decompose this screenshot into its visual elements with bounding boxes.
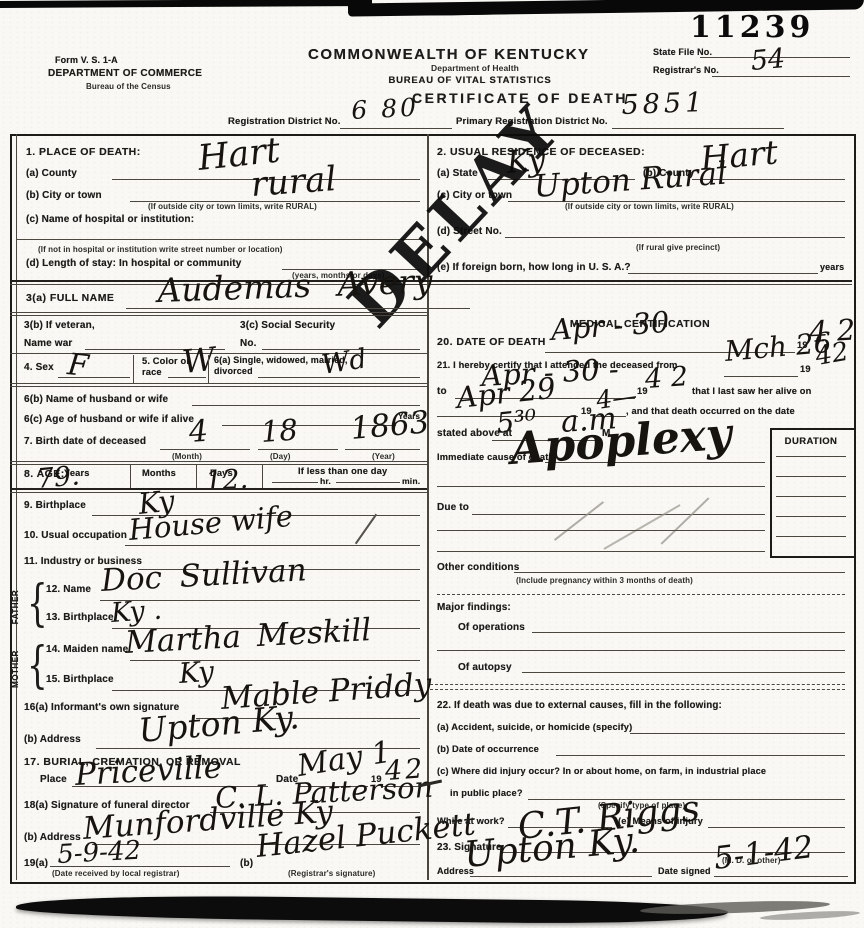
bureau-of-census: Bureau of the Census <box>86 82 171 92</box>
mother-birthplace-label: 15. Birthplace <box>46 674 114 687</box>
registration-district-label: Registration District No. <box>228 116 341 128</box>
sex-label: 4. Sex <box>24 362 54 375</box>
registrar-sig-b-label: (b) <box>240 858 253 871</box>
date-received-value: 5-9-42 <box>57 838 142 868</box>
external-causes-title: 22. If death was due to external causes,… <box>437 700 722 712</box>
other-conditions-note: (Include pregnancy within 3 months of de… <box>516 576 693 586</box>
to-year-value: 4 2 <box>644 363 689 393</box>
certify-text-2: that I last saw her alive on <box>692 386 811 398</box>
birth-month-value: 4 <box>188 417 209 448</box>
sex-value: F <box>66 350 90 382</box>
mother-brace: { <box>27 640 48 690</box>
primary-district-underline <box>612 128 784 129</box>
occupation-underline <box>125 545 420 546</box>
res-foreign-years: years <box>820 262 844 273</box>
duration-line-1 <box>776 456 846 457</box>
res-street-note: (If rural give precinct) <box>636 243 720 253</box>
date-signed-label: Date signed <box>658 866 711 877</box>
res-street-underline <box>505 237 845 238</box>
birth-month-underline <box>160 449 250 450</box>
birthdate-label: 7. Birth date of deceased <box>24 436 146 449</box>
father-name-label: 12. Name <box>46 584 91 597</box>
age-less-label: If less than one day <box>298 466 387 478</box>
while-at-work-label: While at work? <box>437 816 505 828</box>
form-inner-left-rule <box>16 134 17 880</box>
duration-line-4 <box>776 516 846 517</box>
due-to-line-2 <box>437 530 765 531</box>
department-of-commerce: DEPARTMENT OF COMMERCE <box>48 68 202 81</box>
age-hr-underline <box>272 482 318 483</box>
primary-district-value: 5851 <box>621 89 707 119</box>
registrar-signature-note: (Registrar's signature) <box>288 869 375 879</box>
pod-city-label: (b) City or town <box>26 190 102 203</box>
place-of-death-title: 1. PLACE OF DEATH: <box>26 146 141 159</box>
spouse-underline <box>192 405 420 406</box>
marital-value: Wd <box>320 345 369 379</box>
due-to-underline <box>472 514 765 515</box>
burial-place-value: Priceville <box>74 752 222 791</box>
occupation-label: 10. Usual occupation <box>24 530 127 543</box>
age-months-header: Months <box>142 468 176 480</box>
commonwealth-title: COMMONWEALTH OF KENTUCKY <box>308 46 590 65</box>
physician-address-underline <box>470 876 652 877</box>
pod-county-label: (a) County <box>26 168 77 181</box>
of-autopsy-label: Of autopsy <box>458 662 512 675</box>
major-findings-label: Major findings: <box>437 602 511 615</box>
spouse-label: 6(b) Name of husband or wife <box>24 394 168 407</box>
father-brace: { <box>27 578 48 628</box>
means-of-injury-underline <box>708 827 845 828</box>
external-a-underline <box>630 733 845 734</box>
pod-hospital-underline <box>16 239 421 240</box>
registrar-no-label: Registrar's No. <box>653 65 719 76</box>
row4-bottom-2 <box>10 386 427 387</box>
date-received-note: (Date received by local registrar) <box>52 869 179 879</box>
due-to-line-3 <box>437 551 765 552</box>
death-certificate-scan: 11239 Form V. S. 1-A DEPARTMENT OF COMME… <box>0 0 864 928</box>
birth-year-value: 1863 <box>349 407 430 445</box>
registration-district-value: 6 80 <box>351 94 420 123</box>
from-year-value: 42 <box>813 339 850 370</box>
age-divider-1 <box>130 464 131 488</box>
duration-line-2 <box>776 476 846 477</box>
res-foreign-label: (e) If foreign born, how long in U. S. A… <box>437 262 631 275</box>
fullname-value: Audemas Avery <box>157 264 433 307</box>
age-divider-2 <box>196 464 197 488</box>
scan-artifact-top-left <box>0 0 372 8</box>
fullname-label: 3(a) FULL NAME <box>26 292 114 305</box>
pod-hospital-label: (c) Name of hospital or institution: <box>26 214 194 227</box>
registrar-no-underline <box>712 76 850 77</box>
date-of-death-value: Apr - 30 <box>550 308 670 345</box>
date-received-label: 19(a) <box>24 858 48 871</box>
cause-line-2 <box>437 486 765 487</box>
department-of-health: Department of Health <box>431 63 519 73</box>
row8-bottom-2 <box>10 492 427 493</box>
external-b-underline <box>556 755 845 756</box>
operations-line-2 <box>437 650 845 651</box>
attended-from-underline <box>724 376 798 377</box>
pod-city-note: (If outside city or town limits, write R… <box>148 202 317 212</box>
pod-city-value: rural <box>250 162 338 202</box>
date-of-death-label: 20. DATE OF DEATH <box>437 336 546 349</box>
age-min-underline <box>336 482 400 483</box>
res-foreign-underline <box>628 273 818 274</box>
father-birthplace-label: 13. Birthplace <box>46 612 114 625</box>
section22-separator-1 <box>430 684 845 685</box>
age-min-label: min. <box>402 476 420 487</box>
spouse-age-label: 6(c) Age of husband or wife if alive <box>24 414 194 427</box>
external-a-label: (a) Accident, suicide, or homicide (spec… <box>437 722 632 734</box>
sex-cell-divider <box>133 355 134 383</box>
row8-bottom <box>10 488 427 490</box>
registrar-no-value: 54 <box>750 45 787 75</box>
bureau-vital-statistics: BUREAU OF VITAL STATISTICS <box>388 75 551 87</box>
mother-side-label: MOTHER <box>11 647 21 691</box>
name-war-label: Name war <box>24 338 72 351</box>
pod-hospital-note: (If not in hospital or institution write… <box>38 245 282 255</box>
from-year-prefix: 19 <box>800 364 811 376</box>
to-label: to <box>437 386 447 399</box>
due-to-label: Due to <box>437 502 469 515</box>
veteran-label: 3(b) If veteran, <box>24 320 95 333</box>
marital-label-2: divorced <box>214 366 253 377</box>
mother-name-underline <box>130 660 420 661</box>
social-security-label: 3(c) Social Security <box>240 320 335 333</box>
age-divider-3 <box>262 464 263 488</box>
veteran-box-top <box>10 312 427 313</box>
findings-separator <box>437 594 845 595</box>
birth-day-value: 18 <box>260 415 299 447</box>
external-b-label: (b) Date of occurrence <box>437 744 539 756</box>
birthplace-label: 9. Birthplace <box>24 500 86 513</box>
father-side-label: FATHER <box>11 585 21 629</box>
informant-address-label: (b) Address <box>24 734 81 747</box>
ss-no-label: No. <box>240 338 257 351</box>
age-days-value: 12. <box>205 466 249 495</box>
color-label-2: race <box>142 367 162 379</box>
scan-smudge-bottom-right <box>760 909 860 921</box>
color-value: W <box>181 343 217 378</box>
duration-label: DURATION <box>785 436 838 448</box>
of-operations-label: Of operations <box>458 622 525 635</box>
scan-smudge-bottom <box>16 894 728 926</box>
other-conditions-label: Other conditions <box>437 562 519 575</box>
birth-year-underline <box>345 449 420 450</box>
mother-name-label: 14. Maiden name <box>46 644 128 657</box>
mother-birthplace-value: Ky <box>178 658 215 688</box>
form-number: Form V. S. 1-A <box>55 55 118 66</box>
marital-cell-divider <box>208 355 209 383</box>
birth-day-underline <box>258 449 338 450</box>
date-signed-underline <box>714 876 848 877</box>
row4-bottom <box>10 383 427 384</box>
other-conditions-underline <box>514 572 845 573</box>
of-autopsy-underline <box>522 672 845 673</box>
duration-line-3 <box>776 496 846 497</box>
stamped-file-number: 11239 <box>690 10 814 45</box>
duration-line-5 <box>776 536 846 537</box>
external-c-label-1: (c) Where did injury occur? In or about … <box>437 766 766 778</box>
age-hr-label: hr. <box>320 476 331 487</box>
section22-separator-2 <box>430 689 845 690</box>
res-city-note: (If outside city or town limits, write R… <box>565 202 734 212</box>
burial-place-label: Place <box>40 774 67 787</box>
veteran-box-top-2 <box>10 315 427 316</box>
external-c-label-2: in public place? <box>450 788 523 800</box>
registration-district-underline <box>340 128 452 129</box>
of-operations-underline <box>532 632 845 633</box>
